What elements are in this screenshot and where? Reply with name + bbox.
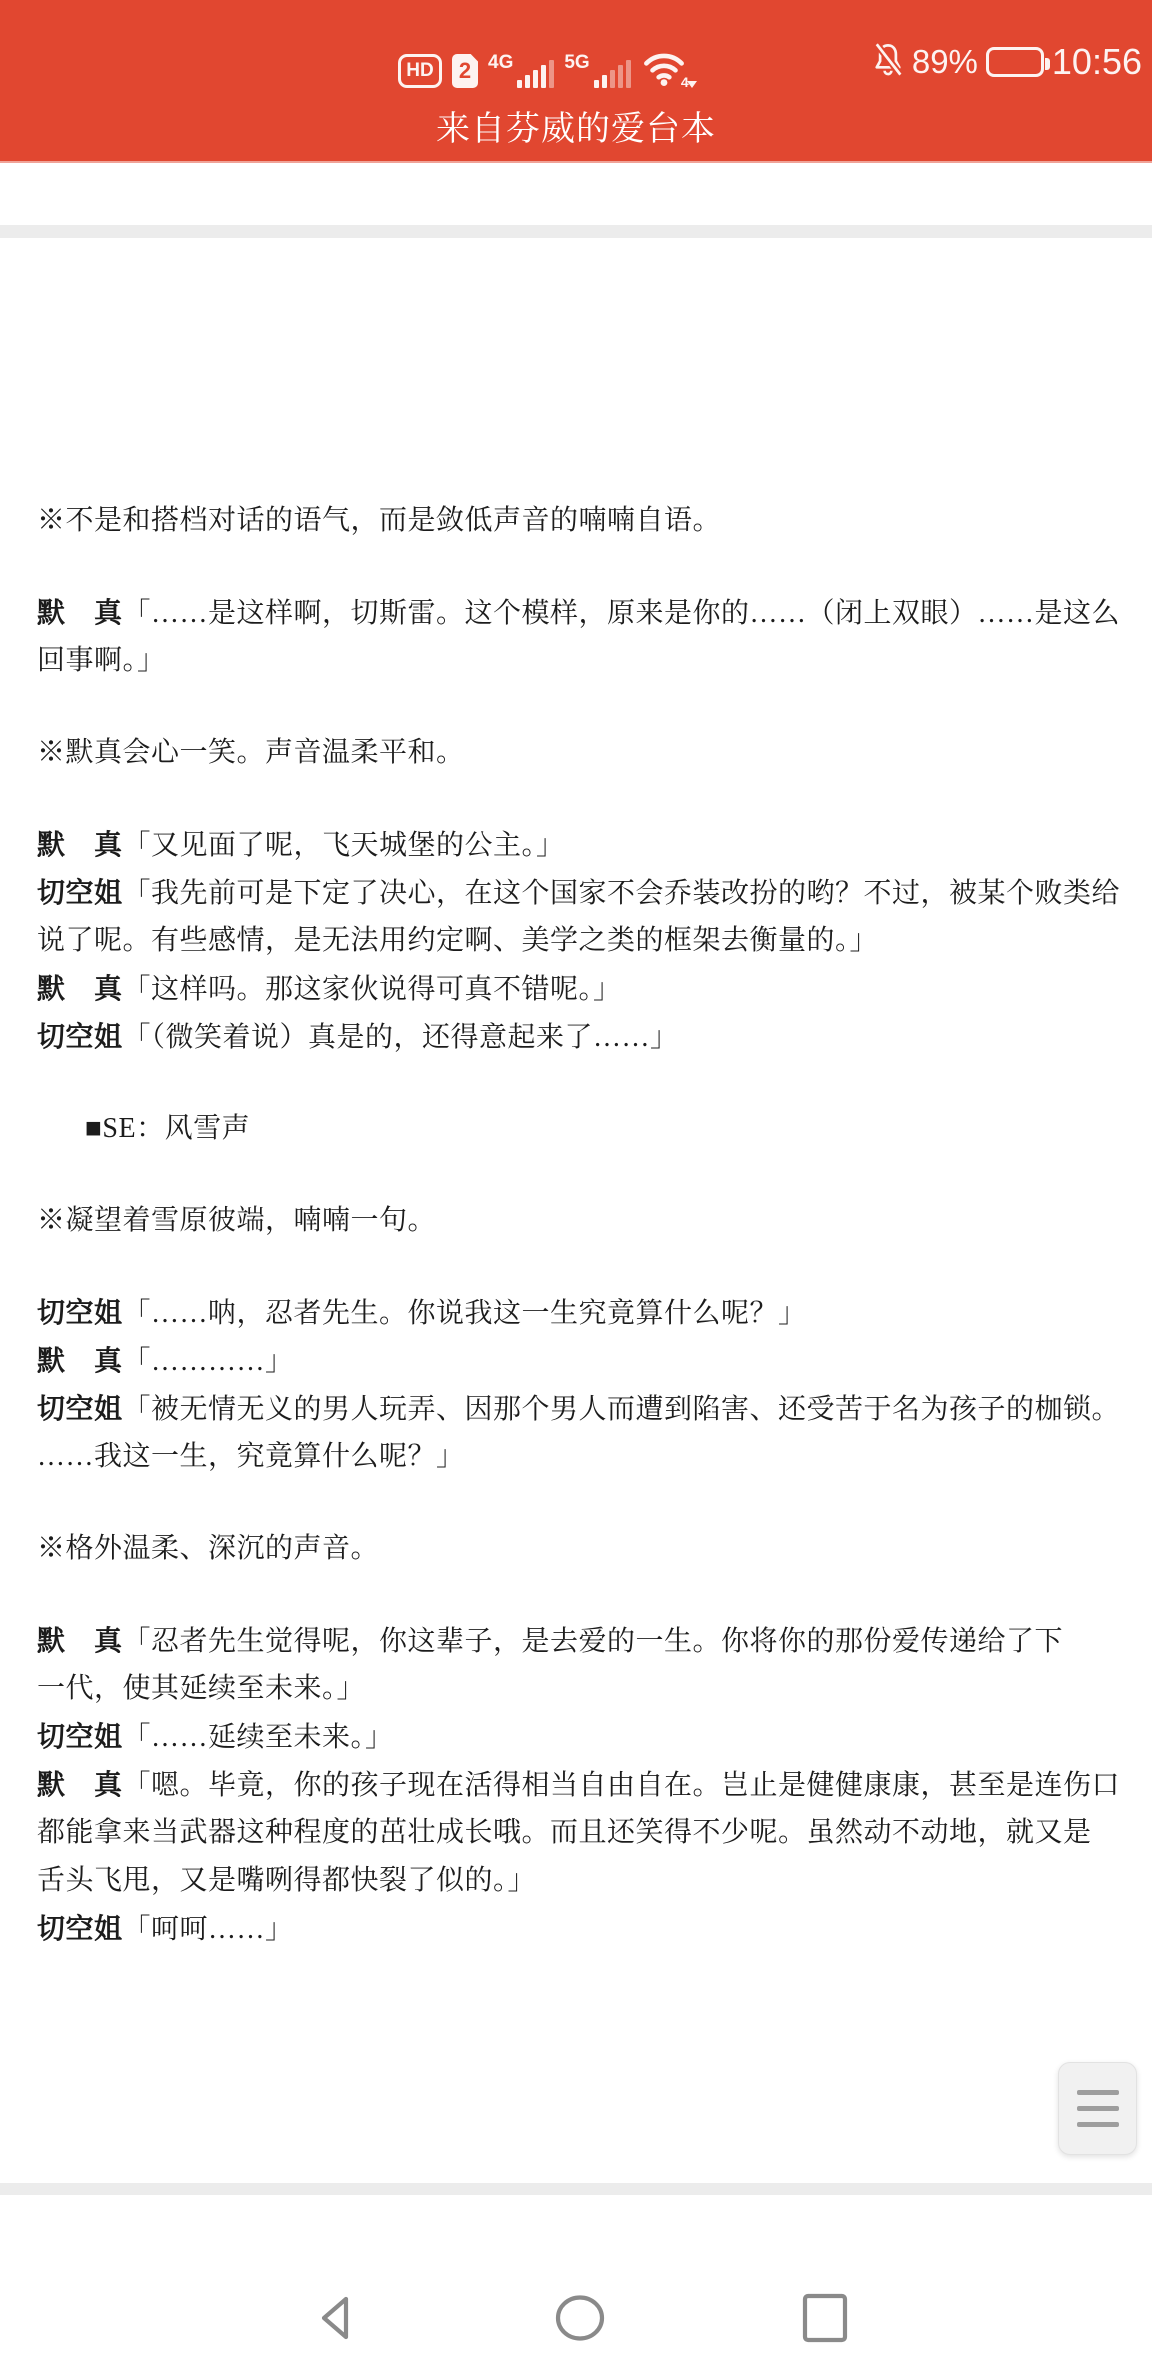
recents-square-icon bbox=[799, 2292, 851, 2344]
speaker-name: 切空姐 bbox=[37, 1913, 123, 1944]
script-line: 默 真「嗯。毕竟，你的孩子现在活得相当自由自在。岂止是健健康康，甚至是连伤口 bbox=[37, 1761, 1132, 1809]
speaker-name: 切空姐 bbox=[37, 877, 123, 908]
document-page[interactable]: ※不是和搭档对话的语气，而是敛低声音的喃喃自语。默 真「……是这样啊，切斯雷。这… bbox=[0, 238, 1152, 2183]
script-line: 切空姐「被无情无义的男人玩弄、因那个男人而遭到陷害、还受苦于名为孩子的枷锁。 bbox=[37, 1385, 1132, 1433]
dialogue-paragraph: 切空姐「呵呵……」 bbox=[37, 1905, 1132, 1953]
speaker-name: 切空姐 bbox=[37, 1721, 123, 1752]
script-line: ※格外温柔、深沉的声音。 bbox=[37, 1525, 1132, 1573]
dialogue-paragraph: 默 真「……是这样啊，切斯雷。这个模样，原来是你的……（闭上双眼）……是这么回事… bbox=[37, 589, 1132, 685]
script-line: ※不是和搭档对话的语气，而是敛低声音的喃喃自语。 bbox=[37, 497, 1132, 545]
script-line: 切空姐「（微笑着说）真是的，还得意起来了……」 bbox=[37, 1013, 1132, 1061]
notifications-off-icon bbox=[872, 42, 904, 83]
network-4g-label: 4G bbox=[488, 54, 513, 72]
sim2-icon: 2 bbox=[452, 54, 478, 88]
signal-5g-icon: 5G bbox=[564, 60, 630, 88]
stage-direction: ※默真会心一笑。声音温柔平和。 bbox=[37, 729, 1132, 777]
script-line: 一代，使其延续至未来。」 bbox=[37, 1665, 1132, 1713]
battery-icon bbox=[986, 47, 1044, 77]
speaker-name: 默 真 bbox=[37, 1769, 123, 1800]
dialogue-paragraph: 默 真「嗯。毕竟，你的孩子现在活得相当自由自在。岂止是健健康康，甚至是连伤口都能… bbox=[37, 1761, 1132, 1905]
menu-fab-button[interactable] bbox=[1058, 2062, 1137, 2155]
script-line: 默 真「…………」 bbox=[37, 1337, 1132, 1385]
script-line: 默 真「又见面了呢，飞天城堡的公主。」 bbox=[37, 821, 1132, 869]
script-line: 切空姐「……延续至未来。」 bbox=[37, 1713, 1132, 1761]
script-line: 默 真「……是这样啊，切斯雷。这个模样，原来是你的……（闭上双眼）……是这么 bbox=[37, 589, 1132, 637]
script-line: 切空姐「……呐，忍者先生。你说我这一生究竟算什么呢？」 bbox=[37, 1289, 1132, 1337]
android-nav-bar bbox=[0, 2195, 1152, 2376]
wifi-down-arrow-icon bbox=[687, 81, 697, 88]
dialogue-paragraph: 默 真「…………」 bbox=[37, 1337, 1132, 1385]
script-line: ■SE：风雪声 bbox=[37, 1105, 1132, 1153]
script-line: ※凝望着雪原彼端，喃喃一句。 bbox=[37, 1197, 1132, 1245]
clock-label: 10:56 bbox=[1052, 40, 1142, 84]
script-line: 默 真「忍者先生觉得呢，你这辈子，是去爱的一生。你将你的那份爱传递给了下 bbox=[37, 1617, 1132, 1665]
speaker-name: 默 真 bbox=[37, 829, 123, 860]
dialogue-paragraph: 默 真「这样吗。那这家伙说得可真不错呢。」 bbox=[37, 965, 1132, 1013]
script-line: ※默真会心一笑。声音温柔平和。 bbox=[37, 729, 1132, 777]
back-triangle-icon bbox=[311, 2292, 363, 2344]
signal-4g-icon: 4G bbox=[488, 60, 554, 88]
dialogue-paragraph: 切空姐「（微笑着说）真是的，还得意起来了……」 bbox=[37, 1013, 1132, 1061]
script-content: ※不是和搭档对话的语气，而是敛低声音的喃喃自语。默 真「……是这样啊，切斯雷。这… bbox=[37, 497, 1132, 1953]
speaker-name: 默 真 bbox=[37, 1625, 123, 1656]
speaker-name: 默 真 bbox=[37, 1345, 123, 1376]
page-title: 来自芬威的爱台本 bbox=[0, 103, 1152, 163]
status-bar-left: HD 2 4G 5G 4 bbox=[398, 44, 687, 88]
dialogue-paragraph: 切空姐「……延续至未来。」 bbox=[37, 1713, 1132, 1761]
speaker-name: 默 真 bbox=[37, 973, 123, 1004]
speaker-name: 切空姐 bbox=[37, 1393, 123, 1424]
speaker-name: 默 真 bbox=[37, 597, 123, 628]
stage-direction: ※格外温柔、深沉的声音。 bbox=[37, 1525, 1132, 1573]
script-line: 舌头飞甩，又是嘴咧得都快裂了似的。」 bbox=[37, 1857, 1132, 1905]
speaker-name: 切空姐 bbox=[37, 1297, 123, 1328]
script-line: 默 真「这样吗。那这家伙说得可真不错呢。」 bbox=[37, 965, 1132, 1013]
wifi-icon: 4 bbox=[641, 48, 687, 88]
signal-bars bbox=[517, 60, 554, 88]
nav-recents-button[interactable] bbox=[799, 2292, 851, 2344]
dialogue-paragraph: 切空姐「被无情无义的男人玩弄、因那个男人而遭到陷害、还受苦于名为孩子的枷锁。……… bbox=[37, 1385, 1132, 1481]
script-line: ……我这一生，究竟算什么呢？」 bbox=[37, 1433, 1132, 1481]
page-separator bbox=[0, 225, 1152, 238]
script-line: 都能拿来当武器这种程度的茁壮成长哦。而且还笑得不少呢。虽然动不动地，就又是 bbox=[37, 1809, 1132, 1857]
dialogue-paragraph: 默 真「又见面了呢，飞天城堡的公主。」 bbox=[37, 821, 1132, 869]
dialogue-paragraph: 切空姐「我先前可是下定了决心，在这个国家不会乔装改扮的哟？不过，被某个败类给说了… bbox=[37, 869, 1132, 965]
dialogue-paragraph: 切空姐「……呐，忍者先生。你说我这一生究竟算什么呢？」 bbox=[37, 1289, 1132, 1337]
sound-effect-line: ■SE：风雪声 bbox=[37, 1105, 1132, 1153]
signal-bars bbox=[594, 60, 631, 88]
speaker-name: 切空姐 bbox=[37, 1021, 123, 1052]
home-circle-icon bbox=[554, 2292, 606, 2344]
status-bar-right: 89% 10:56 bbox=[872, 36, 1142, 88]
phone-screen: HD 2 4G 5G 4 bbox=[0, 0, 1152, 2376]
stage-direction: ※不是和搭档对话的语气，而是敛低声音的喃喃自语。 bbox=[37, 497, 1132, 545]
network-5g-label: 5G bbox=[564, 54, 589, 72]
stage-direction: ※凝望着雪原彼端，喃喃一句。 bbox=[37, 1197, 1132, 1245]
script-line: 切空姐「呵呵……」 bbox=[37, 1905, 1132, 1953]
nav-back-button[interactable] bbox=[311, 2292, 363, 2344]
app-bar: HD 2 4G 5G 4 bbox=[0, 0, 1152, 163]
script-line: 回事啊。」 bbox=[37, 637, 1132, 685]
hd-volte-icon: HD bbox=[398, 54, 442, 88]
dialogue-paragraph: 默 真「忍者先生觉得呢，你这辈子，是去爱的一生。你将你的那份爱传递给了下一代，使… bbox=[37, 1617, 1132, 1713]
script-line: 说了呢。有些感情，是无法用约定啊、美学之类的框架去衡量的。」 bbox=[37, 917, 1132, 965]
battery-percent-label: 89% bbox=[912, 40, 978, 84]
script-line: 切空姐「我先前可是下定了决心，在这个国家不会乔装改扮的哟？不过，被某个败类给 bbox=[37, 869, 1132, 917]
nav-home-button[interactable] bbox=[554, 2292, 606, 2344]
